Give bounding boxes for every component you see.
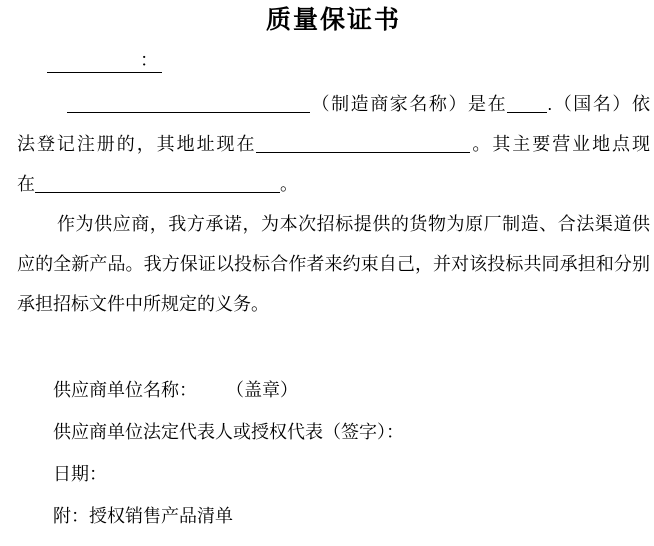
document-page: 质量保证书 ： （制造商家名称）是在.（国名）依 法登记注册的，其地址现在。其主… <box>0 0 654 546</box>
supplier-name-label: 供应商单位名称： <box>53 380 197 400</box>
salutation-colon: ： <box>110 51 158 69</box>
para2-line2: 应的全新产品。我方保证以投标合作者来约束自己，并对该投标共同承担和分别 <box>17 244 650 284</box>
attachment-line: 附：授权销售产品清单 <box>17 495 650 537</box>
signature-block: 供应商单位名称：（盖章） 供应商单位法定代表人或授权代表（签字）： 日期： 附：… <box>17 369 650 537</box>
address-blank[interactable] <box>256 132 470 153</box>
representative-line: 供应商单位法定代表人或授权代表（签字）： <box>17 411 650 453</box>
para2-line3: 承担招标文件中所规定的义务。 <box>17 284 650 324</box>
para1-line2: 法登记注册的，其地址现在。其主要营业地点现 <box>17 124 650 164</box>
salutation-line: ： <box>17 44 650 84</box>
country-name-blank[interactable] <box>507 92 547 113</box>
para1-text-period: 。 <box>280 174 298 194</box>
para1-text-country: .（国名）依 <box>547 94 650 114</box>
para1-line1: （制造商家名称）是在.（国名）依 <box>17 84 650 124</box>
para1-text-manufacturer: （制造商家名称）是在 <box>310 94 507 114</box>
business-location-blank[interactable] <box>35 172 280 193</box>
seal-label: （盖章） <box>235 380 298 400</box>
para1-text-registered: 法登记注册的，其地址现在 <box>17 134 256 154</box>
para1-line3: 在。 <box>17 164 650 204</box>
para1-text-business-place: 。其主要营业地点现 <box>470 134 650 154</box>
para2-line1: 作为供应商，我方承诺，为本次招标提供的货物为原厂制造、合法渠道供 <box>17 204 650 244</box>
date-line: 日期： <box>17 453 650 495</box>
manufacturer-name-blank[interactable] <box>67 92 310 113</box>
document-title: 质量保证书 <box>17 5 650 35</box>
para1-text-at: 在 <box>17 174 35 194</box>
recipient-blank[interactable]: ： <box>47 52 162 73</box>
supplier-name-line: 供应商单位名称：（盖章） <box>17 369 650 411</box>
